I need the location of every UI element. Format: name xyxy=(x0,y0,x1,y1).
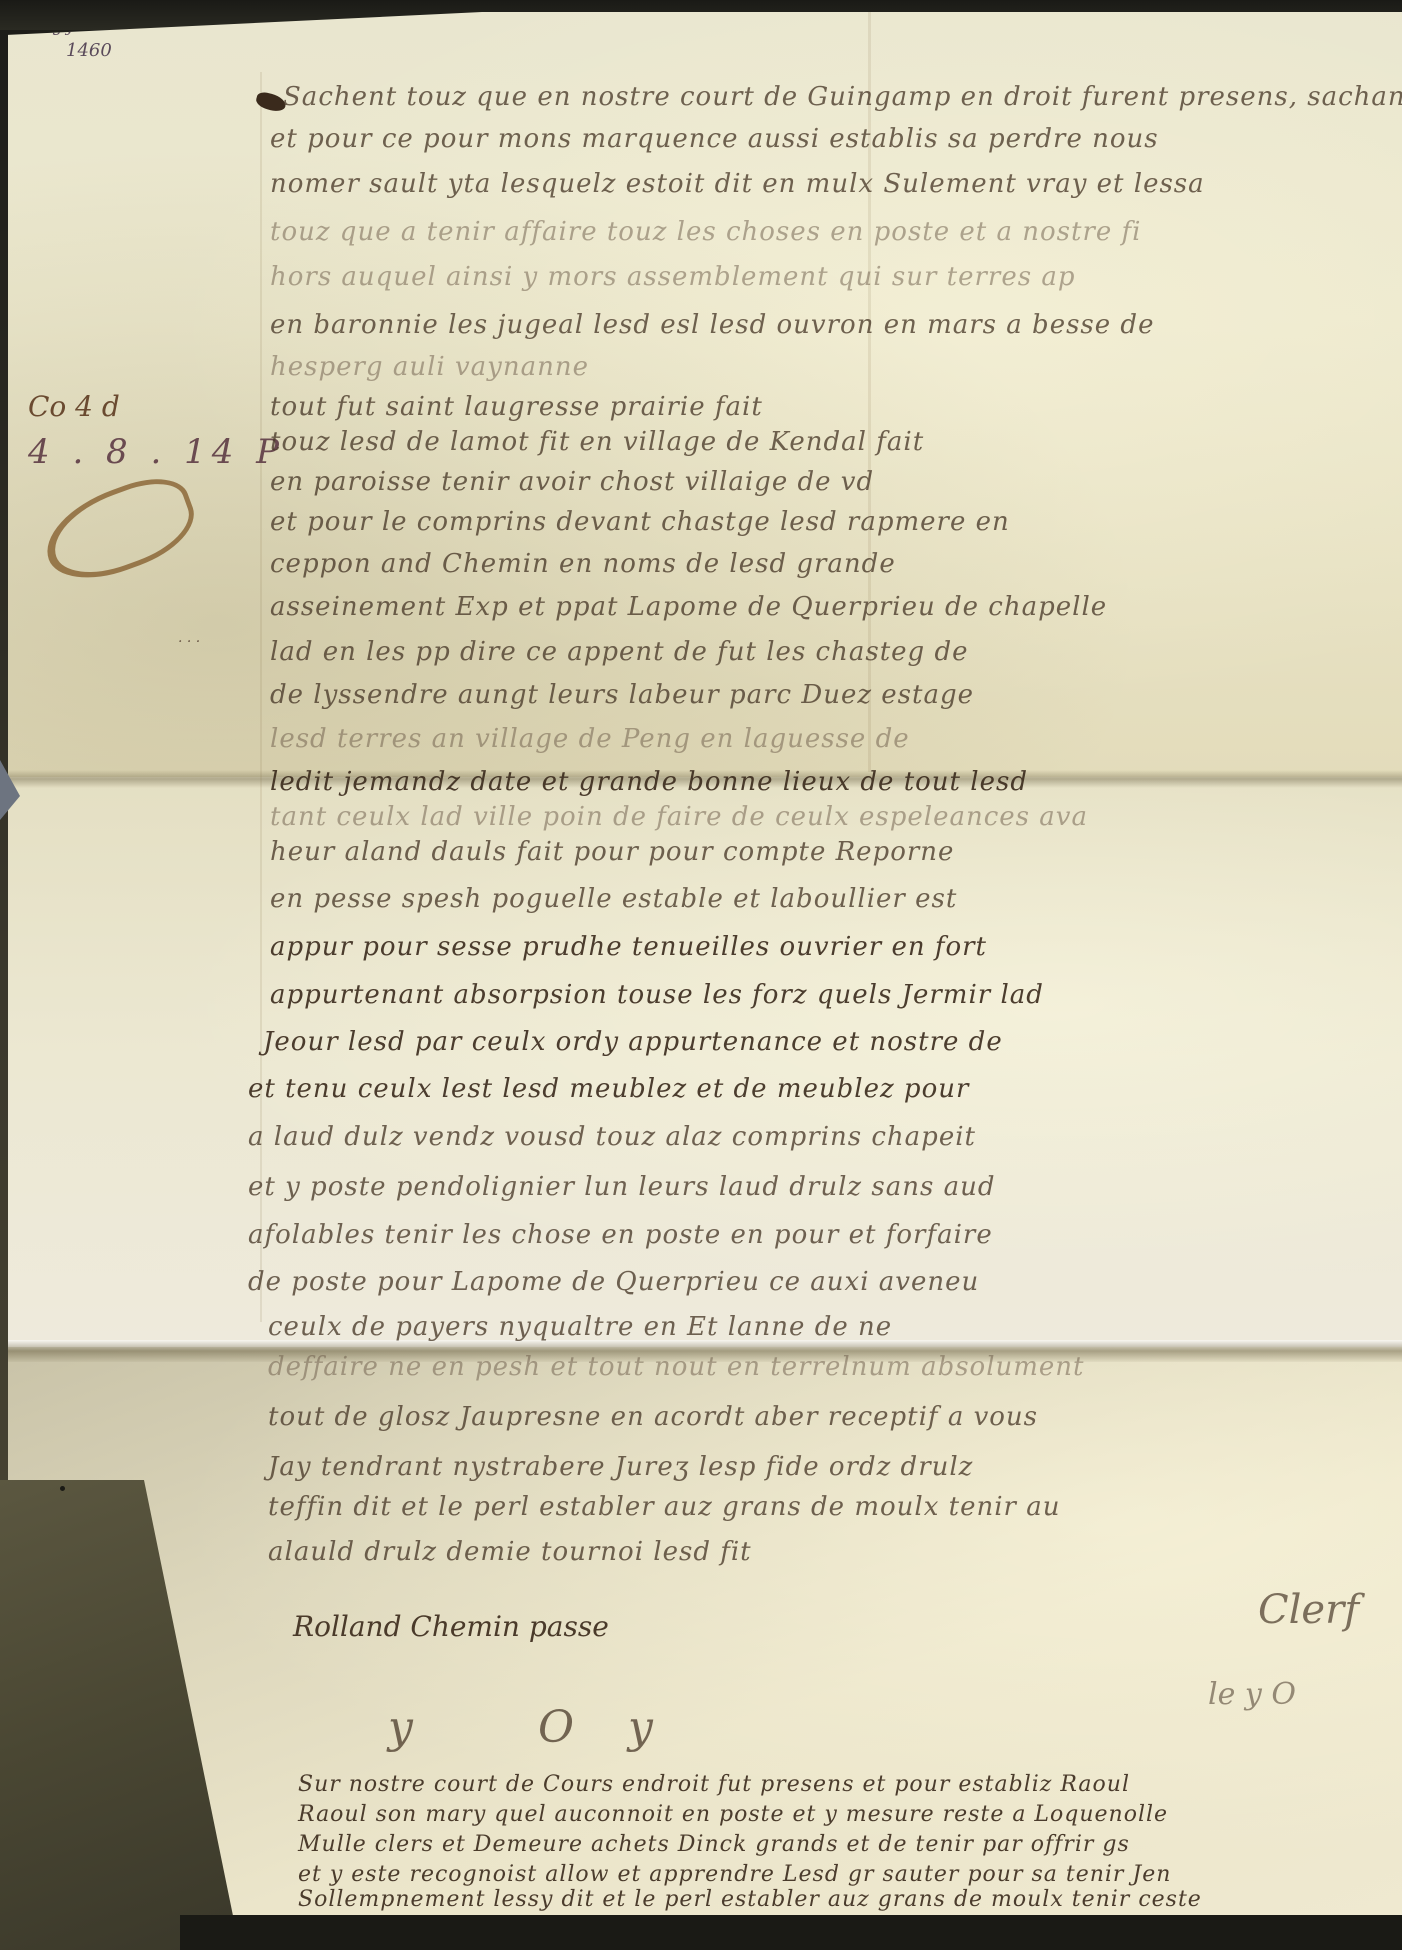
body-line: tout de glosz Jaupresne en acordt aber r… xyxy=(268,1402,1038,1432)
body-line: en baronnie les jugeal lesd esl lesd ouv… xyxy=(270,310,1154,340)
body-line: et y poste pendolignier lun leurs laud d… xyxy=(248,1172,995,1202)
body-line: hors auquel ainsi y mors assemblement qu… xyxy=(270,262,1075,292)
margin-dots: . . . xyxy=(178,630,200,646)
body-line: touz lesd de lamot fit en village de Ken… xyxy=(270,427,924,457)
body-line: ceulx de payers nyqualtre en Et lanne de… xyxy=(268,1312,892,1342)
margin-year: 1460 xyxy=(66,40,112,61)
manuscript-photo: ʒ y 1460 Co 4 d 4 . 8 . 14 P . . . Sache… xyxy=(0,0,1402,1950)
body-line: afolables tenir les chose en poste en po… xyxy=(248,1220,993,1250)
signature-right: Clerf xyxy=(1258,1587,1359,1633)
paraph-letter: y xyxy=(388,1702,413,1753)
body-line: Jay tendrant nystrabere Jureʒ lesp fide … xyxy=(268,1452,973,1482)
body-line: tout fut saint laugresse prairie fait xyxy=(270,392,763,422)
body-line: Sachent touz que en nostre court de Guin… xyxy=(283,82,1402,112)
body-line: ceppon and Chemin en noms de lesd grande xyxy=(270,549,896,579)
body-line: de poste pour Lapome de Querprieu ce aux… xyxy=(248,1267,979,1297)
body-line: hesperg auli vaynanne xyxy=(270,352,589,382)
body-line: tant ceulx lad ville poin de faire de ce… xyxy=(270,802,1088,832)
margin-reference-2: 4 . 8 . 14 P xyxy=(28,432,285,472)
postscript-line: Sur nostre court de Cours endroit fut pr… xyxy=(298,1772,1130,1797)
body-line: teffin dit et le perl establer auz grans… xyxy=(268,1492,1060,1522)
body-line: en paroisse tenir avoir chost villaige d… xyxy=(270,467,874,497)
body-line: appurtenant absorpsion touse les forz qu… xyxy=(270,980,1044,1010)
parchment-sheet: ʒ y 1460 Co 4 d 4 . 8 . 14 P . . . Sache… xyxy=(8,12,1402,1922)
body-line: lad en les pp dire ce appent de fut les … xyxy=(270,637,968,667)
body-line: heur aland dauls fait pour pour compte R… xyxy=(270,837,954,867)
postscript-line: Raoul son mary quel auconnoit en poste e… xyxy=(298,1802,1168,1827)
body-line: deffaire ne en pesh et tout nout en terr… xyxy=(268,1352,1085,1382)
body-line: appur pour sesse prudhe tenueilles ouvri… xyxy=(270,932,987,962)
bottom-shadow xyxy=(180,1915,1402,1950)
margin-reference-1: Co 4 d xyxy=(28,390,120,423)
paraph-letter: O xyxy=(538,1702,574,1753)
body-line: de lyssendre aungt leurs labeur parc Due… xyxy=(270,680,974,710)
signature-right-sub: le y O xyxy=(1208,1677,1296,1712)
body-line: alauld drulz demie tournoi lesd fit xyxy=(268,1537,752,1567)
body-line: nomer sault yta lesquelz estoit dit en m… xyxy=(270,169,1205,199)
ink-dot-icon xyxy=(60,1486,65,1491)
signature-left: Rolland Chemin passe xyxy=(293,1610,609,1643)
body-line: en pesse spesh poguelle estable et labou… xyxy=(270,884,957,914)
body-line: et pour le comprins devant chastge lesd … xyxy=(270,507,1010,537)
body-line: et tenu ceulx lest lesd meublez et de me… xyxy=(248,1074,969,1104)
postscript-line: Mulle clers et Demeure achets Dinck gran… xyxy=(298,1832,1130,1857)
body-line: a laud dulz vendz vousd touz alaz compri… xyxy=(248,1122,976,1152)
body-line: lesd terres an village de Peng en lagues… xyxy=(270,724,910,754)
postscript-line: et y este recognoist allow et apprendre … xyxy=(298,1862,1171,1887)
body-line: et pour ce pour mons marquence aussi est… xyxy=(270,124,1159,154)
body-line: Jeour lesd par ceulx ordy appurtenance e… xyxy=(263,1027,1003,1057)
body-line: asseinement Exp et ppat Lapome de Querpr… xyxy=(270,592,1107,622)
body-line: ledit jemandz date et grande bonne lieux… xyxy=(270,767,1028,797)
body-line: touz que a tenir affaire touz les choses… xyxy=(270,217,1141,247)
postscript-line: Sollempnement lessy dit et le perl estab… xyxy=(298,1887,1202,1912)
paraph-letter: y xyxy=(628,1702,653,1753)
